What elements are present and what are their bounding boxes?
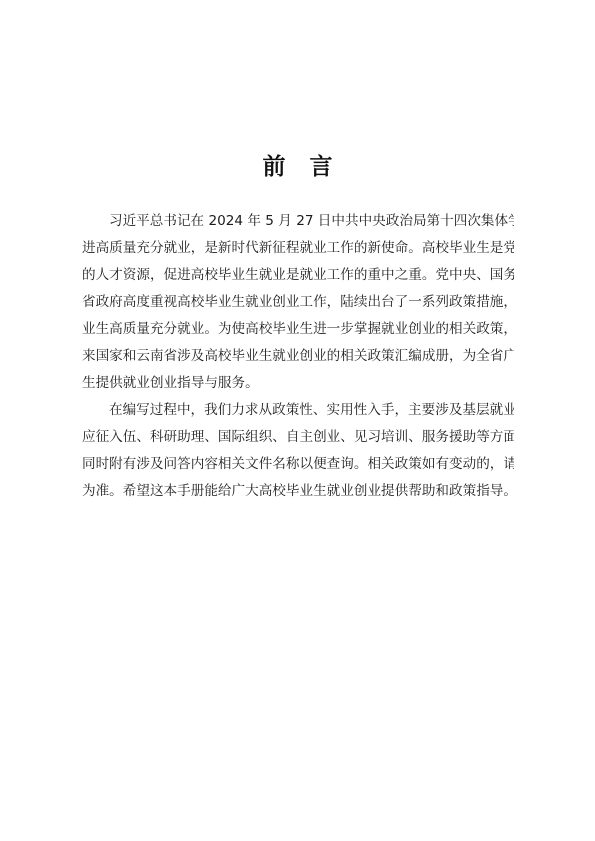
page-title: 前言 [0,148,595,181]
paragraph-line: 来国家和云南省涉及高校毕业生就业创业的相关政策汇编成册，为全省广大高校毕业 [82,343,514,370]
paragraph-1: 习近平总书记在 2024 年 5 月 27 日中共中央政治局第十四次集体学习时强… [82,208,514,397]
paragraph-line: 业生高质量充分就业。为使高校毕业生进一步掌握就业创业的相关政策，我们把近年 [82,316,514,343]
paragraph-line: 生提供就业创业指导与服务。 [82,370,514,397]
paragraph-2: 在编写过程中，我们力求从政策性、实用性入手，主要涉及基层就业、企业就业、 应征入… [82,397,514,505]
document-page: 前言 习近平总书记在 2024 年 5 月 27 日中共中央政治局第十四次集体学… [0,0,595,841]
paragraph-line: 在编写过程中，我们力求从政策性、实用性入手，主要涉及基层就业、企业就业、 [82,397,514,424]
preface-body: 习近平总书记在 2024 年 5 月 27 日中共中央政治局第十四次集体学习时强… [82,208,514,505]
paragraph-line: 同时附有涉及问答内容相关文件名称以便查询。相关政策如有变动的，请以正式文件 [82,451,514,478]
title-char-1: 前 [263,148,286,181]
title-char-2: 言 [310,148,333,181]
paragraph-line: 为准。希望这本手册能给广大高校毕业生就业创业提供帮助和政策指导。 [82,478,514,505]
paragraph-line: 应征入伍、科研助理、国际组织、自主创业、见习培训、服务援助等方面的政策规定， [82,424,514,451]
paragraph-line: 的人才资源，促进高校毕业生就业是就业工作的重中之重。党中央、国务院和省委、 [82,262,514,289]
paragraph-line: 进高质量充分就业，是新时代新征程就业工作的新使命。高校毕业生是党和国家宝贵 [82,235,514,262]
paragraph-line: 习近平总书记在 2024 年 5 月 27 日中共中央政治局第十四次集体学习时强… [82,208,514,235]
paragraph-line: 省政府高度重视高校毕业生就业创业工作，陆续出台了一系列政策措施，促进高校毕 [82,289,514,316]
